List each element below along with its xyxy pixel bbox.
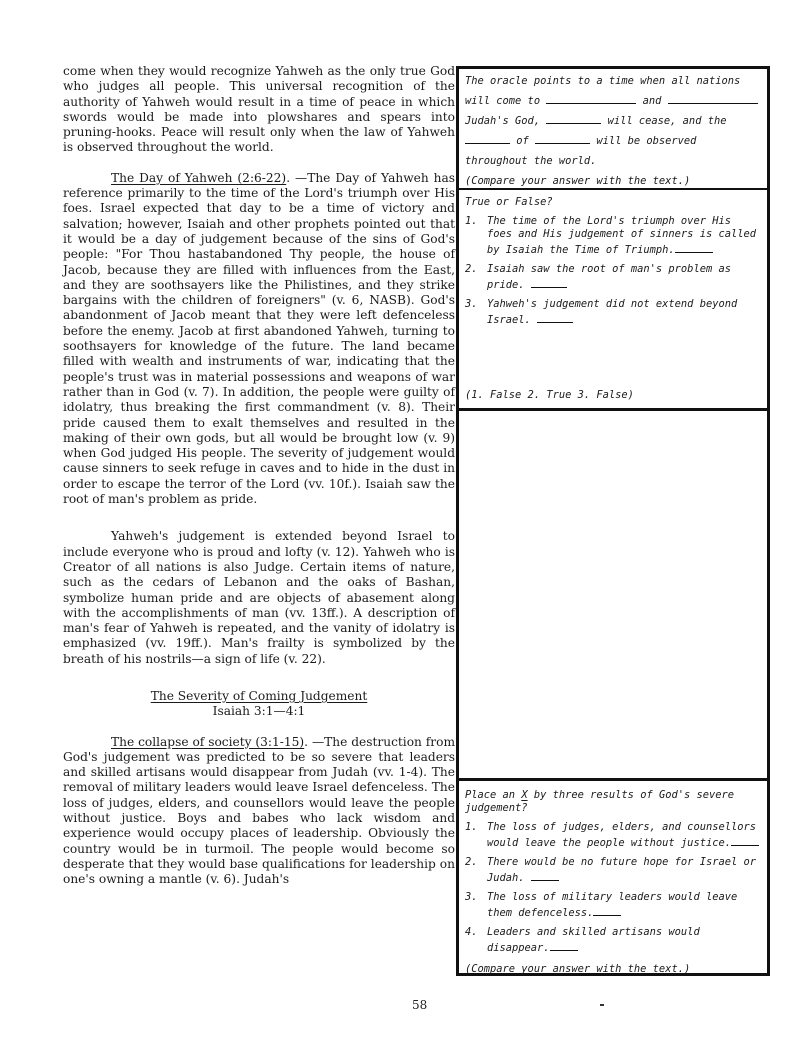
list-item: 3.The loss of military leaders would lea… (465, 891, 761, 920)
page-number: 58 (412, 998, 427, 1012)
collapse-body: The destruction from God's judgement was… (63, 735, 455, 887)
answer-blank[interactable] (550, 939, 578, 951)
heading-separator: . — (286, 171, 307, 185)
true-false-box: True or False? 1.The time of the Lord's … (456, 188, 770, 411)
answer-blank[interactable] (546, 112, 601, 124)
list-item: 4.Leaders and skilled artisans would dis… (465, 926, 761, 955)
list-item: 1.The time of the Lord's triumph over Hi… (465, 215, 761, 257)
day-of-yahweh-body: The Day of Yahweh has reference primaril… (63, 171, 455, 506)
section-subtitle: Isaiah 3:1—4:1 (63, 704, 455, 719)
heading-separator: . — (304, 735, 324, 749)
answer-blank[interactable] (531, 276, 567, 288)
empty-box (456, 408, 770, 781)
answer-blank[interactable] (537, 311, 573, 323)
collapse-paragraph: The collapse of society (3:1-15). —The d… (63, 735, 455, 888)
answer-key: (1. False 2. True 3. False) (465, 389, 634, 402)
main-text-column: come when they would recognize Yahweh as… (63, 64, 455, 888)
compare-note: (Compare your answer with the text.) (465, 963, 761, 976)
answer-blank[interactable] (668, 92, 758, 104)
section-title: The Severity of Coming Judgement (63, 689, 455, 704)
answer-blank[interactable] (731, 834, 759, 846)
collapse-heading: The collapse of society (3:1-15) (111, 735, 304, 749)
place-x-list: 1.The loss of judges, elders, and counse… (465, 821, 761, 955)
list-item: 3.Yahweh's judgement did not extend beyo… (465, 298, 761, 327)
day-of-yahweh-heading: The Day of Yahweh (2:6-22) (111, 171, 286, 185)
answer-blank[interactable] (531, 869, 559, 881)
fill-in-box: The oracle points to a time when all nat… (456, 66, 770, 191)
answer-blank[interactable] (465, 132, 510, 144)
true-false-list: 1.The time of the Lord's triumph over Hi… (465, 215, 761, 327)
place-x-title: Place an X by three results of God's sev… (465, 789, 761, 815)
list-item: 2.Isaiah saw the root of man's problem a… (465, 263, 761, 292)
judgement-paragraph: Yahweh's judgement is extended beyond Is… (63, 529, 455, 667)
true-false-title: True or False? (465, 196, 761, 209)
answer-blank[interactable] (593, 904, 621, 916)
place-x-box: Place an X by three results of God's sev… (456, 778, 770, 976)
stray-mark (600, 1004, 604, 1006)
day-of-yahweh-paragraph: The Day of Yahweh (2:6-22). —The Day of … (63, 171, 455, 508)
list-item: 1.The loss of judges, elders, and counse… (465, 821, 761, 850)
list-item: 2.There would be no future hope for Isra… (465, 856, 761, 885)
answer-blank[interactable] (535, 132, 590, 144)
answer-blank[interactable] (675, 241, 713, 253)
fill-in-question: The oracle points to a time when all nat… (465, 71, 761, 191)
answer-blank[interactable] (546, 92, 636, 104)
intro-paragraph: come when they would recognize Yahweh as… (63, 64, 455, 156)
